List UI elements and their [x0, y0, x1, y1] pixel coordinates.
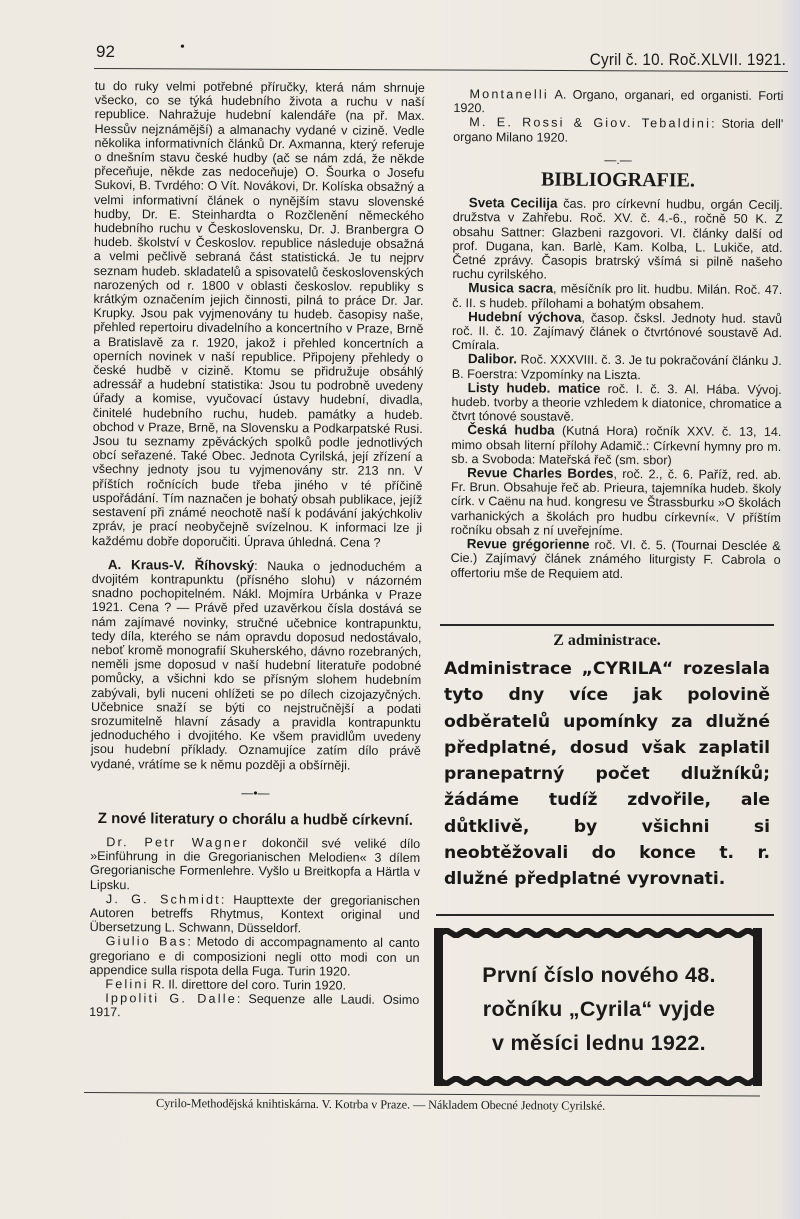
- entry-author: Giulio Bas: [106, 934, 188, 948]
- announcement-box: První číslo nového 48. ročníku „Cyrila“ …: [432, 924, 762, 1092]
- bibliography-entry: Revue Charles Bordes, roč. 2., č. 6. Pař…: [451, 466, 781, 539]
- entry-author: Montanelli: [469, 87, 548, 101]
- literature-entry: Montanelli A. Organo, organari, ed organ…: [453, 87, 783, 117]
- bibliography-title: BIBLIOGRAFIE.: [453, 172, 783, 188]
- page-header: 92 • Cyril č. 10. Roč.XLVII. 1921.: [96, 38, 786, 68]
- page-number: 92: [96, 42, 115, 62]
- ornament-border-top: [436, 928, 758, 938]
- announcement-text: První číslo nového 48. ročníku „Cyrila“ …: [450, 958, 748, 1060]
- literature-entry: Dr. Petr Wagner dokončil své veliké dílo…: [90, 835, 420, 894]
- bibliography-entry: Revue grégorienne roč. VI. č. 5. (Tourna…: [450, 537, 780, 582]
- periodical-title: Hudební výchova: [468, 309, 581, 325]
- bibliography-divider: —.—: [453, 152, 783, 168]
- bibliography-entry: Musica sacra, měsíčník pro lit. hudbu. M…: [452, 281, 782, 311]
- literature-continuation: Montanelli A. Organo, organari, ed organ…: [453, 87, 783, 146]
- periodical-title: Česká hudba: [467, 423, 554, 439]
- periodical-title: Sveta Cecilija: [469, 195, 558, 211]
- bibliography-entry: Hudební výchova, časop. čsksl. Jednoty h…: [452, 310, 782, 355]
- ornament-border-left: [434, 928, 443, 1086]
- periodical-title: Revue grégorienne: [467, 536, 590, 552]
- bibliography-entry: Dalibor. Roč. XXXVIII. č. 3. Je tu pokra…: [452, 352, 782, 382]
- ornament-border-bottom: [436, 1076, 758, 1086]
- header-dot: •: [180, 40, 185, 56]
- announcement-line: v měsíci lednu 1922.: [450, 1026, 748, 1060]
- bibliography-list: Sveta Cecilija čas. pro církevní hudbu, …: [450, 196, 782, 581]
- literature-entry: J. G. Schmidt: Haupttexte der gregoriani…: [90, 892, 420, 937]
- entry-author: Ippoliti G. Dalle: [105, 991, 237, 1006]
- ornament-border-right: [753, 928, 762, 1086]
- kraus-review: A. Kraus-V. Říhovský: Nauka o jednoduché…: [91, 558, 422, 773]
- printer-imprint: Cyrilo-Methodějská knihtiskárna. V. Kotr…: [156, 1096, 716, 1114]
- left-column: tu do ruky velmi potřebné příručky, kter…: [89, 79, 425, 1022]
- literature-entry: Giulio Bas: Metodo di accompagnamento al…: [89, 934, 419, 979]
- review-continuation: tu do ruky velmi potřebné příručky, kter…: [92, 79, 425, 550]
- periodical-title: Listy hudeb. matice: [468, 380, 601, 396]
- periodical-title: Dalibor.: [468, 352, 517, 367]
- entry-author: M. E. Rossi & Giov. Tebaldini: [469, 116, 711, 131]
- admin-top-rule: [440, 624, 774, 626]
- bibliography-entry: Sveta Cecilija čas. pro církevní hudbu, …: [452, 196, 783, 283]
- announcement-line: ročníku „Cyrila“ vyjde: [450, 992, 748, 1026]
- right-column: Montanelli A. Organo, organari, ed organ…: [450, 87, 783, 582]
- bibliography-entry: Listy hudeb. matice roč. I. č. 3. Al. Há…: [451, 381, 781, 426]
- entry-text: R. Il. direttore del coro. Turin 1920.: [149, 977, 346, 992]
- entry-author: Dr. Petr Wagner: [106, 835, 249, 850]
- admin-title: Z administrace.: [440, 632, 774, 650]
- periodical-title: Musica sacra: [468, 281, 553, 297]
- admin-bottom-rule: [436, 914, 774, 916]
- admin-notice: Administrace „CYRILA“ rozeslala tyto dny…: [444, 656, 770, 893]
- running-head: Cyril č. 10. Roč.XLVII. 1921.: [590, 50, 786, 70]
- announcement-line: První číslo nového 48.: [450, 958, 748, 992]
- magazine-page: 92 • Cyril č. 10. Roč.XLVII. 1921. tu do…: [0, 0, 800, 1219]
- literature-entry: M. E. Rossi & Giov. Tebaldini: Storia de…: [453, 115, 783, 145]
- literature-list: Dr. Petr Wagner dokončil své veliké dílo…: [89, 835, 420, 1022]
- section-divider: —•—: [90, 785, 420, 801]
- section-title: Z nové literatury o chorálu a hudbě círk…: [90, 811, 420, 829]
- review-text: : Nauka o jednoduchém a dvojitém kontrap…: [91, 559, 422, 772]
- bibliography-entry: Česká hudba (Kutná Hora) ročník XXV. č. …: [451, 423, 781, 468]
- entry-author: J. G. Schmidt: [106, 892, 221, 907]
- literature-entry: Ippoliti G. Dalle: Sequenze alle Laudi. …: [89, 991, 419, 1021]
- review-author: A. Kraus-V. Říhovský: [108, 557, 254, 573]
- entry-author: Felini: [105, 977, 148, 991]
- periodical-title: Revue Charles Bordes: [467, 465, 613, 481]
